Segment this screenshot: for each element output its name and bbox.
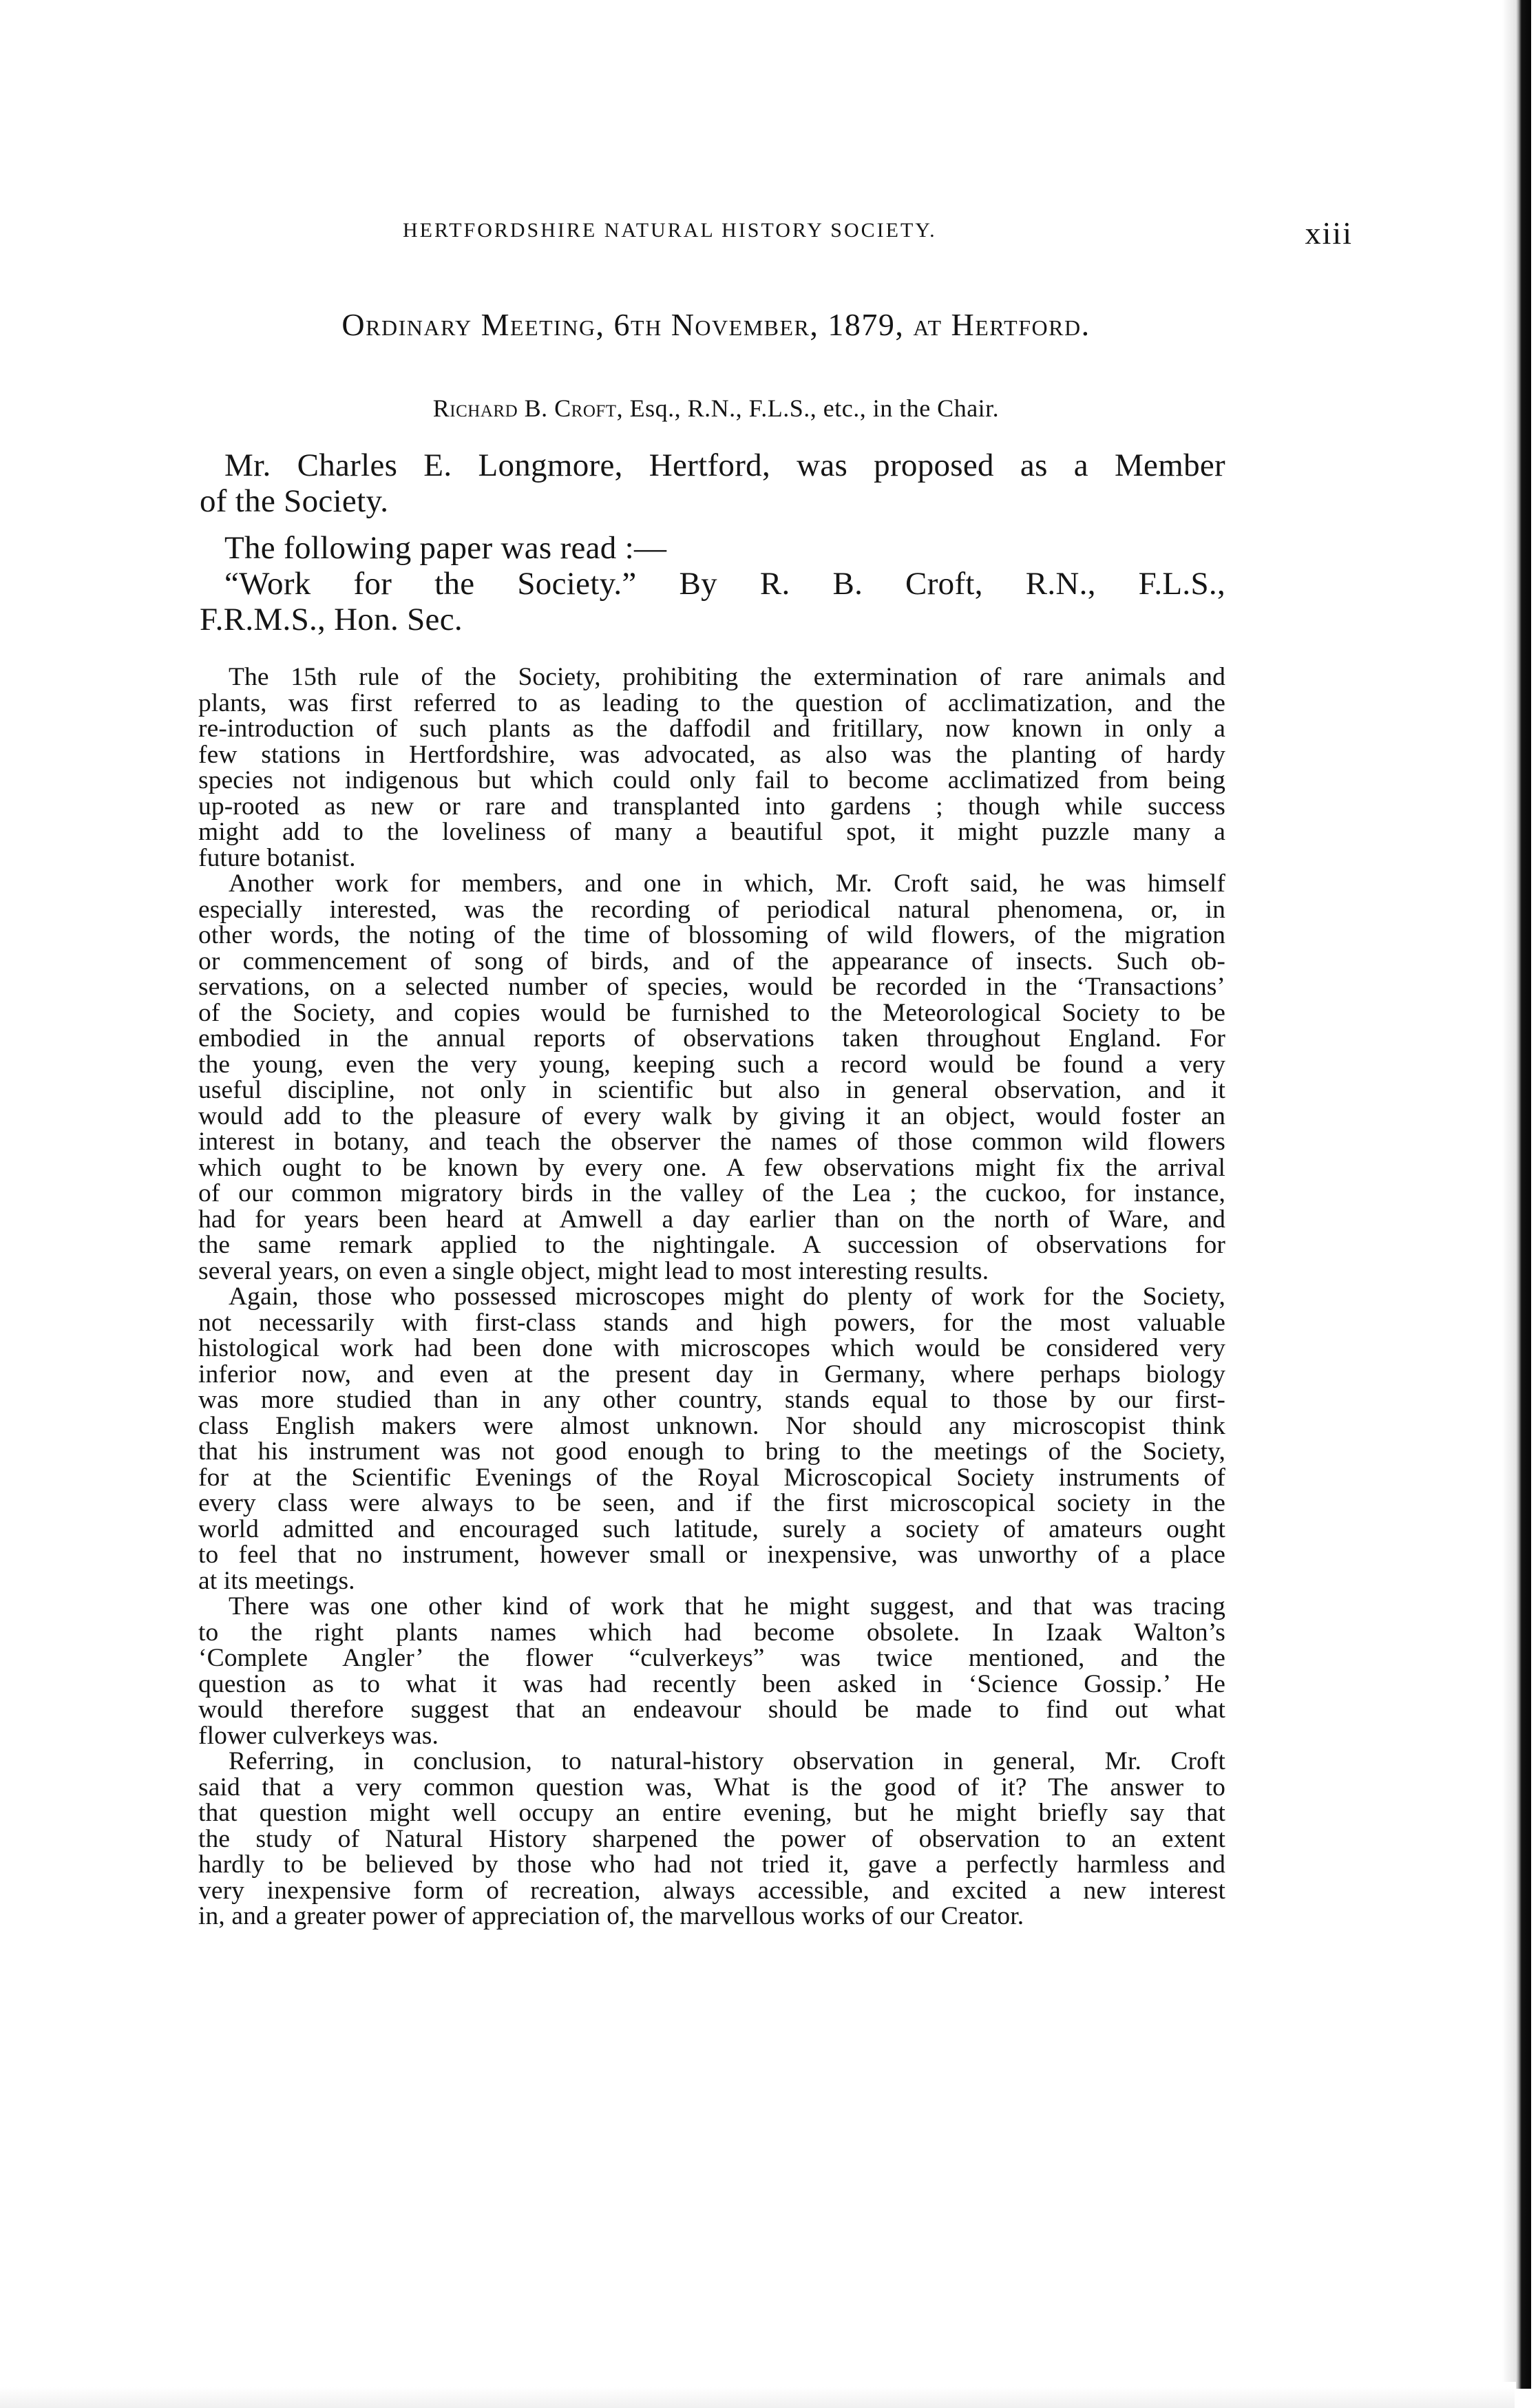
text-line: Referring, in conclusion, to natural-his… [198,1749,1225,1775]
text-line: which ought to be known by every one. A … [198,1155,1225,1181]
text-line: especially interested, was the recording… [198,897,1225,923]
text-line: for at the Scientific Evenings of the Ro… [198,1465,1225,1491]
paper-body: The 15th rule of the Society, prohibitin… [198,664,1225,1930]
text-line: of our common migratory birds in the val… [198,1181,1225,1207]
text-line: several years, on even a single object, … [198,1258,1225,1285]
chair-credentials: , Esq., R.N., F.L.S., etc., in the Chair… [617,394,1000,422]
text-line: very inexpensive form of recreation, alw… [198,1878,1225,1904]
text-line: There was one other kind of work that he… [198,1594,1225,1620]
text-line: world admitted and encouraged such latit… [198,1517,1225,1543]
text-line: inferior now, and even at the present da… [198,1362,1225,1388]
meeting-title: Ordinary Meeting, 6th November, 1879, at… [207,306,1225,343]
text-line: Again, those who possessed microscopes m… [198,1284,1225,1310]
page-number: xiii [1305,215,1353,251]
proposal-line-2: of the Society. [200,483,1225,519]
proposal-paragraph: Mr. Charles E. Longmore, Hertford, was p… [200,447,1225,519]
text-line: class English makers were almost unknown… [198,1413,1225,1439]
text-line: to the right plants names which had beco… [198,1620,1225,1646]
text-line: hardly to be believed by those who had n… [198,1852,1225,1878]
text-line: Another work for members, and one in whi… [198,871,1225,897]
text-line: that his instrument was not good enough … [198,1439,1225,1465]
text-line: the study of Natural History sharpened t… [198,1826,1225,1852]
text-line: The 15th rule of the Society, prohibitin… [198,664,1225,690]
text-line: or commencement of song of birds, and of… [198,949,1225,975]
text-line: the same remark applied to the nightinga… [198,1232,1225,1258]
text-line: species not indigenous but which could o… [198,768,1225,794]
text-line: plants, was first referred to as leading… [198,690,1225,717]
paper-title-line-1: “Work for the Society.” By R. B. Croft, … [200,566,1225,602]
body-paragraph: Another work for members, and one in whi… [198,871,1225,1284]
text-line: of the Society, and copies would be furn… [198,1000,1225,1026]
text-line: said that a very common question was, Wh… [198,1775,1225,1801]
text-line: other words, the noting of the time of b… [198,922,1225,949]
body-paragraph: There was one other kind of work that he… [198,1594,1225,1749]
body-paragraph: Referring, in conclusion, to natural-his… [198,1749,1225,1930]
chair-name: Richard B. Croft [433,394,617,422]
text-line: flower culverkeys was. [198,1723,1225,1749]
text-line: question as to what it was had recently … [198,1671,1225,1698]
running-head: Hertfordshire Natural History Society. x… [403,219,1353,253]
text-line: the young, even the very young, keeping … [198,1052,1225,1078]
body-paragraph: Again, those who possessed microscopes m… [198,1284,1225,1594]
page-gutter-shadow [1502,0,1516,2382]
text-line: in, and a greater power of appreciation … [198,1903,1225,1930]
body-paragraph: The 15th rule of the Society, prohibitin… [198,664,1225,871]
text-line: that question might well occupy an entir… [198,1800,1225,1826]
proposal-line-1: Mr. Charles E. Longmore, Hertford, was p… [200,447,1225,483]
scan-bottom-edge [0,2387,1515,2408]
text-line: future botanist. [198,845,1225,872]
scan-page-edge [1516,0,1531,2389]
text-line: might add to the loveliness of many a be… [198,819,1225,845]
text-line: interest in botany, and teach the observ… [198,1129,1225,1155]
chair-line: Richard B. Croft, Esq., R.N., F.L.S., et… [207,394,1225,423]
text-line: histological work had been done with mic… [198,1335,1225,1362]
text-line: up-rooted as new or rare and transplante… [198,794,1225,820]
paper-title-line-2: F.R.M.S., Hon. Sec. [200,602,1225,637]
text-line: embodied in the annual reports of observ… [198,1026,1225,1052]
paper-announcement: The following paper was read :— “Work fo… [200,530,1225,637]
text-line: had for years been heard at Amwell a day… [198,1207,1225,1233]
text-line: would add to the pleasure of every walk … [198,1103,1225,1130]
text-line: to feel that no instrument, however smal… [198,1542,1225,1568]
text-line: every class were always to be seen, and … [198,1490,1225,1517]
text-line: was more studied than in any other count… [198,1387,1225,1413]
text-line: few stations in Hertfordshire, was advoc… [198,742,1225,768]
text-line: would therefore suggest that an endeavou… [198,1697,1225,1723]
text-line: ‘Complete Angler’ the flower “culverkeys… [198,1645,1225,1671]
text-line: re-introduction of such plants as the da… [198,716,1225,742]
text-line: servations, on a selected number of spec… [198,974,1225,1000]
text-line: not necessarily with first-class stands … [198,1310,1225,1336]
text-line: useful discipline, not only in scientifi… [198,1077,1225,1103]
paper-intro: The following paper was read :— [200,530,1225,566]
running-head-title: Hertfordshire Natural History Society. [403,219,937,242]
text-line: at its meetings. [198,1568,1225,1594]
